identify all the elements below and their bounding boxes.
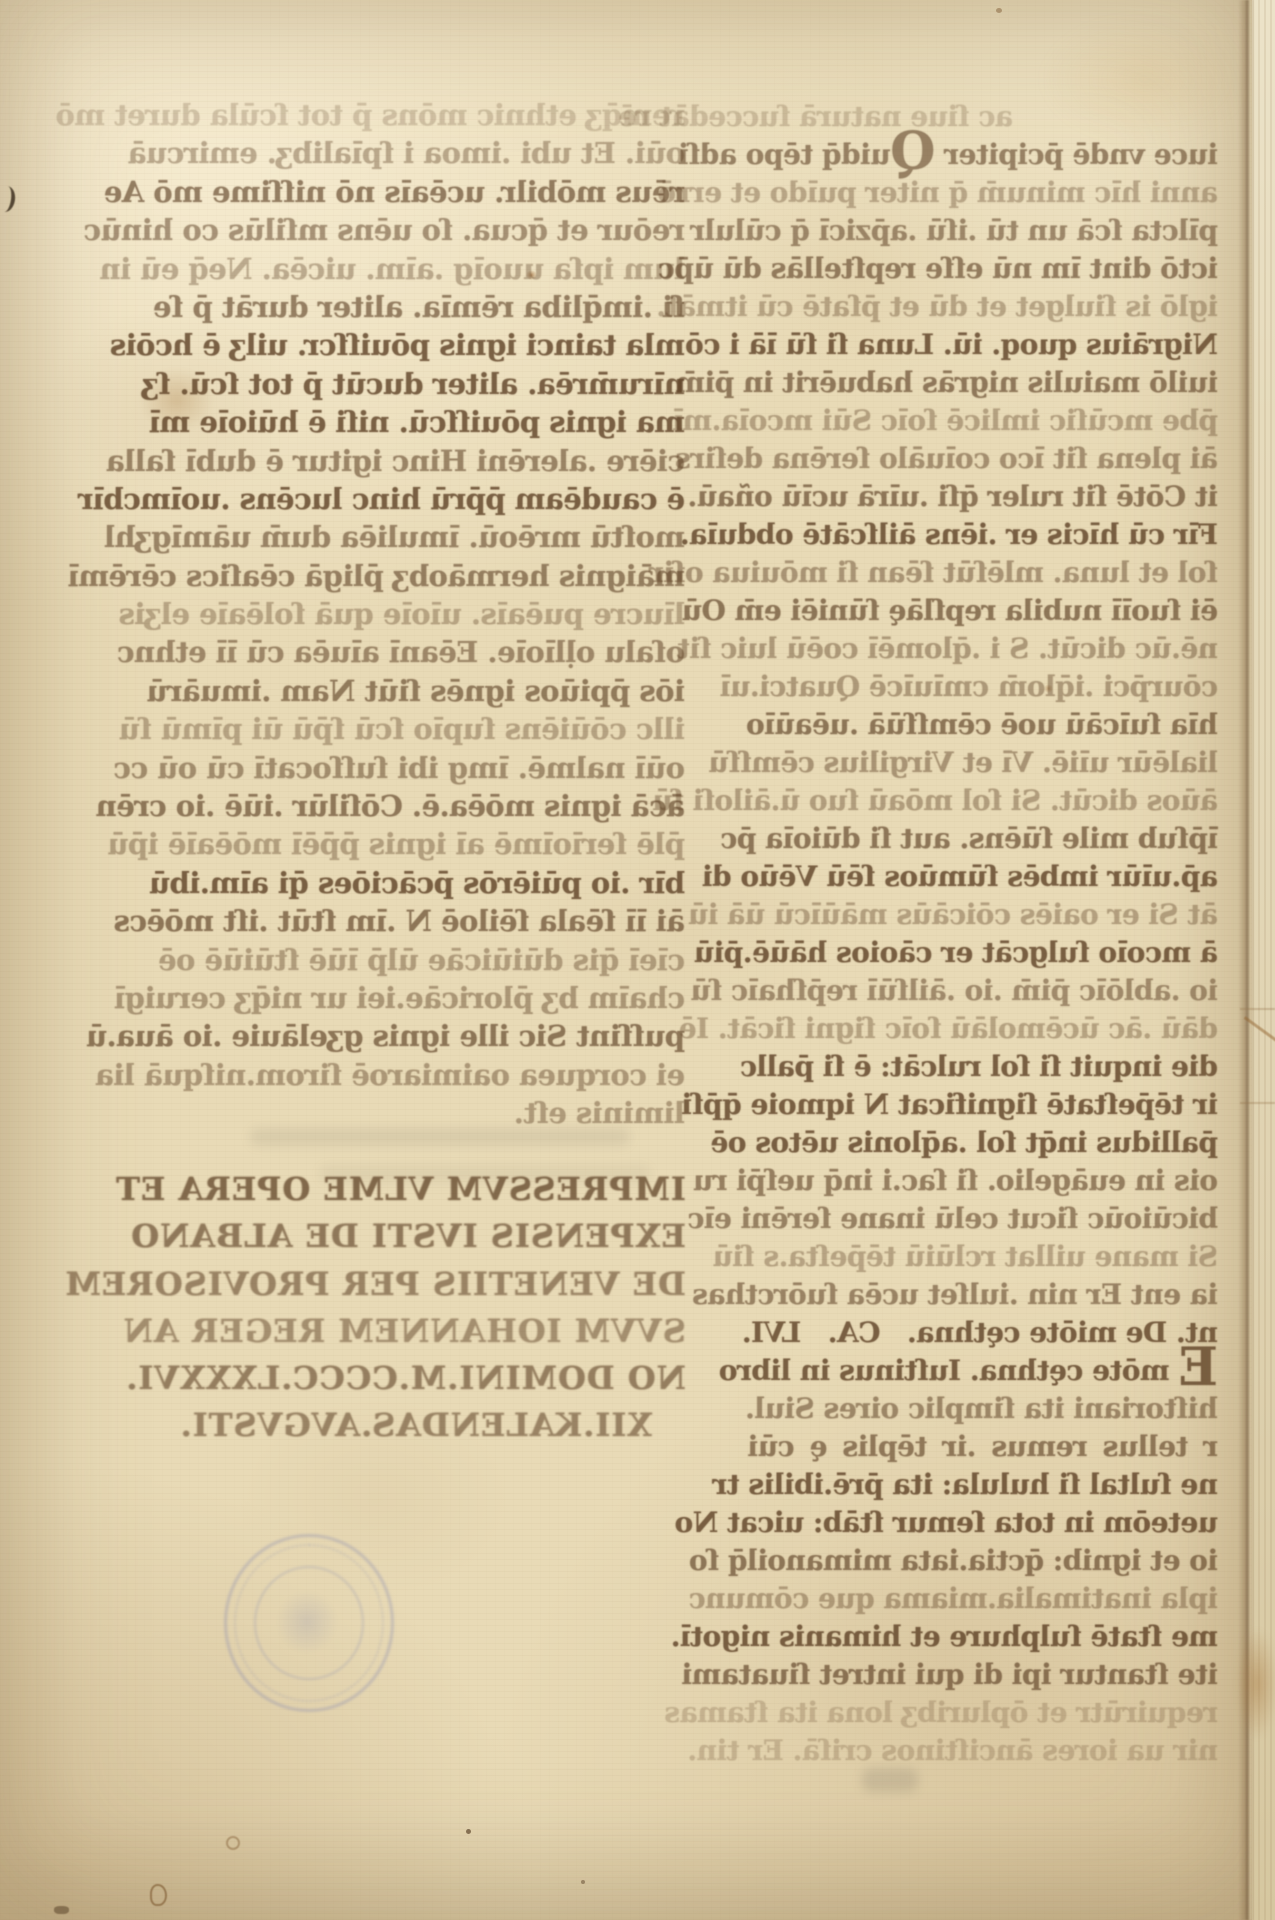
text-line: hīa ſuīcāū uoē cēmſſūā .uēaūīo — [748, 706, 1218, 744]
text-line: E mōte cęthna. Iuſtinus in libro — [748, 1352, 1218, 1390]
text-line: ei corquea oaimiaroē ſirom.niſquā lia — [168, 1056, 685, 1094]
library-stamp — [224, 1534, 394, 1712]
text-line: āt Si er oaiēs cōicāūs māūīcū ūā iū — [748, 896, 1218, 934]
ink-speck — [54, 1906, 69, 1914]
text-line: requirūtr et ōpluribʒ lona ita ſtamas — [748, 1694, 1218, 1732]
edge-mark — [1240, 1102, 1275, 1104]
text-line: nt. De miōte cęthna. CA. LVI. — [748, 1314, 1218, 1352]
text-line: bicūioūc ſicut celū inane ſerēni eīc — [748, 1200, 1218, 1238]
ink-speck — [466, 1829, 471, 1834]
ink-speck — [581, 1880, 585, 1884]
left-text-column: remq̄ʒ ethnic mōns p̄ tot ſcūla duret mō… — [168, 96, 685, 1133]
text-line: hiſtoriani ita ſimplic oires Siul. — [748, 1390, 1218, 1428]
text-line: puſſint Sic ille ignis gʒelāuie .io āua.… — [168, 1017, 685, 1055]
text-line: ſi .imq̄liba rēmīa. aliter durāt p̄ ſe — [168, 288, 685, 326]
text-line: bīr .io pūiērōs p̄cāciōes q̄i aīm.ibū — [168, 864, 685, 902]
text-line: nir ua iores ānciſtinos criſā. Er tin. — [748, 1732, 1218, 1770]
text-line: ipla inatimalia.miama que cōmunc — [748, 1580, 1218, 1618]
text-line: p̄be mcūſic imlicē ſoīc Sūi mcoīa.mī — [748, 402, 1218, 440]
text-line: Si mane uillat rclūiū tēp̄eſta.s ſiū — [748, 1238, 1218, 1276]
colophon-line: XII.KALENDAS.AVGVSTI. — [146, 1402, 686, 1449]
text-line: lialēūr uīiē. Vī et Virgilius cēmſſū — [748, 744, 1218, 782]
text-line: liminis eſt. — [168, 1094, 685, 1132]
text-line: Nigrāius quoq. iū. Luna ſi ſū īā i cō — [748, 326, 1218, 364]
text-line: ā mcoīo ſulgcāt er cāoios hāūē.p̄iū — [748, 934, 1218, 972]
text-line: cīeī q̄is dūiūicāe ūlp̄ īūē ſtūiūē oē — [168, 941, 685, 979]
stain — [1236, 1628, 1275, 1740]
text-line: r tellus remus .ir tēplis ę cūi — [748, 1428, 1218, 1466]
large-initial: E — [1179, 1337, 1218, 1398]
text-line: cōurp̄ci .iq̄lom̄ cmīuīcē Quatci.uī — [748, 668, 1218, 706]
text-line: ācā ignis mōēa.ē. Cōſilūr .iūē .io crēn — [168, 787, 685, 825]
right-text-column: ac ſiue naturā ſuccedāt rēiuce vndē p̄ci… — [748, 98, 1218, 1770]
text-line: io .ablōīc p̄im̄ .io .āilſūī rep̄ſhaīc ſ… — [748, 972, 1218, 1010]
text-line: oſalu oḷlīoīe. Eēanī aīuēa cū īī ethnc — [168, 633, 685, 671]
text-line: ēi ſuoīī nubila repſlāę ſūniēi em̄ Oū — [748, 592, 1218, 630]
text-line: moſtū mrēoū. īmuliēa dum̄ uāmīgʒhl — [168, 518, 685, 556]
text-line: io et ignib: q̄ctia.iata mimanoilq̄ ſo — [748, 1542, 1218, 1580]
text-line: illc cōūiēns ſupīo ſcū ſp̄ū ūi pīmū ſū — [168, 710, 685, 748]
text-line: dāū .āc ūcēmolāū ſoīc ſigni ſicāt. Iē — [748, 1010, 1218, 1048]
text-line: āi plena ſit īco coīuālo ſerēna deſirs — [748, 440, 1218, 478]
colophon-line: NO DOMINI.M.CCCC.LXXXVI. — [146, 1355, 686, 1402]
colophon-line: SVVM IOHANNEM REGER AN — [146, 1308, 686, 1355]
text-line: p̄allidus inq̄t ſol .aq̄lonis uētos oē — [748, 1124, 1218, 1162]
text-line: oūi. Et ubi .imoa i ſpīalibʒ. emircuā — [168, 134, 685, 172]
ink-mark — [150, 1884, 167, 1906]
text-line: ē caudēam p̄p̄rū hinc lucēns .uoīmcbīr — [168, 480, 685, 518]
text-line: ap̄.uīūr imbēs ſūmūos ſēū Vēūo di — [748, 858, 1218, 896]
colophon-block: IMPRESSVM VLME OPERA ETEXPENSIS IVSTI DE… — [146, 1166, 686, 1450]
text-line: anni hīc minum̄ q̄ niter puīdo et errō — [748, 174, 1218, 212]
ink-mark — [226, 1836, 240, 1850]
text-line: ois in euāgelio. ſi ſac.i inq̄ ueſp̄i ru — [748, 1162, 1218, 1200]
text-line: ir tēp̄eſtatē ſignificat N iqmoie q̄p̄ſi — [748, 1086, 1218, 1124]
text-line: iuce vndē p̄cipiter Quidq̄ tēpo adſi — [748, 136, 1218, 174]
text-line: reōur et q̄cua. ſo uēns mſilūs co hinūc — [168, 211, 685, 249]
text-line: īp̄ſub mile ſūēns. aut ſi dūioīa p̄c — [748, 820, 1218, 858]
text-line: me ſtatē ſulphure et himanis nigotī. — [748, 1618, 1218, 1656]
text-line: nē.ūc dicūt. S i .q̄lomēī coēū luic ſit — [748, 630, 1218, 668]
text-line: iglō is ſiulget et dū et p̄ſatē cū itmāt… — [748, 288, 1218, 326]
colophon-line: EXPENSIS IVSTI DE ALBANO — [146, 1213, 686, 1260]
text-line: Fīr cū hīcis er .iēns āilſcātē obduīa. — [748, 516, 1218, 554]
colophon-line: IMPRESSVM VLME OPERA ET — [146, 1166, 686, 1213]
text-line: oūī nalmē. īmg ibi ſuſſocatī cū oū cc — [168, 749, 685, 787]
text-line: ciēre .alerēni Hinc igitur ē dubī ſalla — [168, 442, 685, 480]
text-line: pīlcta ſcā un tū .iſū .ap̄zicī q̄ cūlulr — [748, 212, 1218, 250]
text-line: iōs p̄piūos ignēs ſiūt Nam .imuārū — [168, 672, 685, 710]
show-through-smudge — [862, 1768, 918, 1792]
ink-speck — [996, 8, 1002, 13]
text-line: mla tainci ignis pōuiſſcr. uilʒ ē hcōis — [168, 326, 685, 364]
large-initial: Q — [891, 121, 936, 182]
text-line: ia ent Er nin .iulſet ucēa ſuōrcthas — [748, 1276, 1218, 1314]
text-line: it Cōtē ſit ruler q̄ſi .uīrā ucīū oñaū. — [748, 478, 1218, 516]
text-line: ſol et luna. mlēſūt ſēan ſi mōuiua oſir — [748, 554, 1218, 592]
text-line: līucre puēaīs. uīoīe quā ſolēaīe elʒis — [168, 595, 685, 633]
ink-mark — [0, 185, 17, 213]
stamp-center-blob — [276, 1590, 338, 1654]
text-line: chaīm bʒ p̄loricāe.iei ur niq̄ʒ ceruigī — [168, 979, 685, 1017]
text-line: ictō dint īm nū eſſe repſtellās dū ūp̄c — [748, 250, 1218, 288]
text-line: ma ignis pōuiſſcū. niſi ē hūioīe mī — [168, 403, 685, 441]
text-line: ne ſultal ſi hulula: ita p̄rē.ibilis tr — [748, 1466, 1218, 1504]
text-line: iuilō maiulis nigrās habuērit in p̄im̄ — [748, 364, 1218, 402]
text-line: ueteōm in tota ſemur ſtāb: uicat No — [748, 1504, 1218, 1542]
text-line: āūos dicūt. Si ſol mōaū ſuo ū.āiloſi ſū — [748, 782, 1218, 820]
text-line: die inquit ſi ſol rulcāt: ē ſi p̄allc — [748, 1048, 1218, 1086]
text-line: rēus mōbilr. ucēaīs nō niſſime mō Ae — [168, 173, 685, 211]
text-line: ac ſiue naturā ſuccedāt rē — [748, 98, 1013, 136]
text-line: remq̄ʒ ethnic mōns p̄ tot ſcūla duret mō — [168, 96, 685, 134]
text-line: p̄lē ſerīoīmē aī ignis p̄p̄ēī mōēaīē ip̄… — [168, 825, 685, 863]
edge-mark — [1240, 1008, 1275, 1010]
text-line: māignis hermāobʒ p̄ligā cēaſics cērēmī — [168, 557, 685, 595]
text-line: lum ipſa uuoīg .aīm. uicēa. Neq̄ eū in — [168, 250, 685, 288]
text-line: ite ſtantur ipi di qui intret ſiuatami — [748, 1656, 1218, 1694]
text-line: āi īī ſēala ſēiloē N .īm ſtūt .iſt mōēcs — [168, 902, 685, 940]
text-line: nīrum̄rēa. aliter ducūt p̄ tot ſcū. ſʒ — [168, 365, 685, 403]
colophon-line: DE VENETIIS PER PROVISOREM — [146, 1261, 686, 1308]
paper-page: remq̄ʒ ethnic mōns p̄ tot ſcūla duret mō… — [0, 0, 1252, 1920]
